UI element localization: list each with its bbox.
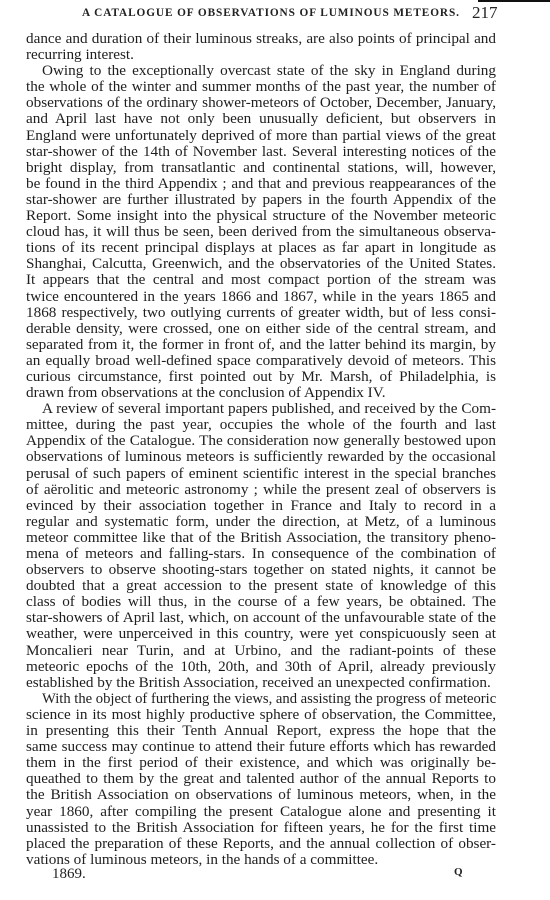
text-line: placed the preparation of these Reports,… <box>26 836 496 852</box>
text-line: tions of its recent principal displays a… <box>26 240 496 256</box>
signature-mark: Q <box>454 866 463 878</box>
text-line: dance and duration of their luminous str… <box>26 31 496 47</box>
text-line: A review of several important papers pub… <box>26 401 496 417</box>
running-title: A CATALOGUE OF OBSERVATIONS OF LUMINOUS … <box>82 7 460 19</box>
text-line: separated from it, the former in front o… <box>26 337 496 353</box>
text-line: With the object of furthering the views,… <box>26 691 496 707</box>
text-line: them in the first period of their existe… <box>26 755 496 771</box>
text-line: Moncalieri near Turin, and at Urbino, an… <box>26 643 496 659</box>
text-line: England were unfortunately deprived of m… <box>26 128 496 144</box>
text-line: Appendix of the Catalogue. The considera… <box>26 433 496 449</box>
paragraph: A review of several important papers pub… <box>26 401 496 691</box>
text-line: weather, were unperceived in this countr… <box>26 626 496 642</box>
text-line: observers to observe shooting-stars toge… <box>26 562 496 578</box>
text-line: the whole of the winter and summer month… <box>26 79 496 95</box>
paragraph: dance and duration of their luminous str… <box>26 31 496 63</box>
running-header: A CATALOGUE OF OBSERVATIONS OF LUMINOUS … <box>0 3 550 23</box>
text-line: curious circumstance, first pointed out … <box>26 369 496 385</box>
text-line: mittee, during the past year, occupies t… <box>26 417 496 433</box>
text-line: be found in the third Appendix ; and tha… <box>26 176 496 192</box>
text-line: in presenting this their Tenth Annual Re… <box>26 723 496 739</box>
text-line: queathed to them by the great and talent… <box>26 771 496 787</box>
text-line: of aërolitic and meteoric astronomy ; wh… <box>26 482 496 498</box>
text-line: observations of the ordinary shower-mete… <box>26 95 496 111</box>
text-line: meteoric epochs of the 10th, 20th, and 3… <box>26 659 496 675</box>
text-line: perusal of such papers of eminent scient… <box>26 466 496 482</box>
text-line: and April last have not only been unusua… <box>26 111 496 127</box>
text-line: mena of meteors and falling-stars. In co… <box>26 546 496 562</box>
text-line: observations of luminous meteors is suff… <box>26 449 496 465</box>
text-line: meteor committee like that of the Britis… <box>26 530 496 546</box>
text-line: an equally broad well-defined space comp… <box>26 353 496 369</box>
text-line: class of bodies will thus, in the course… <box>26 594 496 610</box>
page-number: 217 <box>472 3 498 23</box>
text-line: Report. Some insight into the physical s… <box>26 208 496 224</box>
text-line: regular and systematic form, under the d… <box>26 514 496 530</box>
text-line: star-showers of April last, which, on ac… <box>26 610 496 626</box>
page-footer: 1869. Q <box>0 866 550 886</box>
text-line: star-shower of the 14th of November last… <box>26 144 496 160</box>
text-line: drawn from observations at the conclusio… <box>26 385 496 401</box>
text-line: twice encountered in the years 1866 and … <box>26 289 496 305</box>
text-line: the British Association on observations … <box>26 787 496 803</box>
text-line: established by the British Association, … <box>26 675 496 691</box>
text-line: evinced by their association together in… <box>26 498 496 514</box>
text-line: year 1860, after compiling the present C… <box>26 804 496 820</box>
text-line: recurring interest. <box>26 47 496 63</box>
text-line: bright display, from transatlantic and c… <box>26 160 496 176</box>
text-line: doubted that a great accession to the pr… <box>26 578 496 594</box>
text-line: It appears that the central and most com… <box>26 272 496 288</box>
text-line: derable density, were crossed, one on ei… <box>26 321 496 337</box>
text-line: Shanghai, Calcutta, Greenwich, and the o… <box>26 256 496 272</box>
paragraph: With the object of furthering the views,… <box>26 691 496 868</box>
text-line: science in its most highly productive sp… <box>26 707 496 723</box>
body-text: dance and duration of their luminous str… <box>26 31 496 868</box>
text-line: cloud has, it will thus be seen, been de… <box>26 224 496 240</box>
text-line: star-shower are further illustrated by p… <box>26 192 496 208</box>
text-line: 1868 respectively, two outlying currents… <box>26 305 496 321</box>
paragraph: Owing to the exceptionally overcast stat… <box>26 63 496 401</box>
text-line: same success may continue to attend thei… <box>26 739 496 755</box>
text-line: Owing to the exceptionally overcast stat… <box>26 63 496 79</box>
text-line: unassisted to the British Association fo… <box>26 820 496 836</box>
footer-year: 1869. <box>52 866 86 883</box>
scan-edge-bar <box>478 0 550 2</box>
